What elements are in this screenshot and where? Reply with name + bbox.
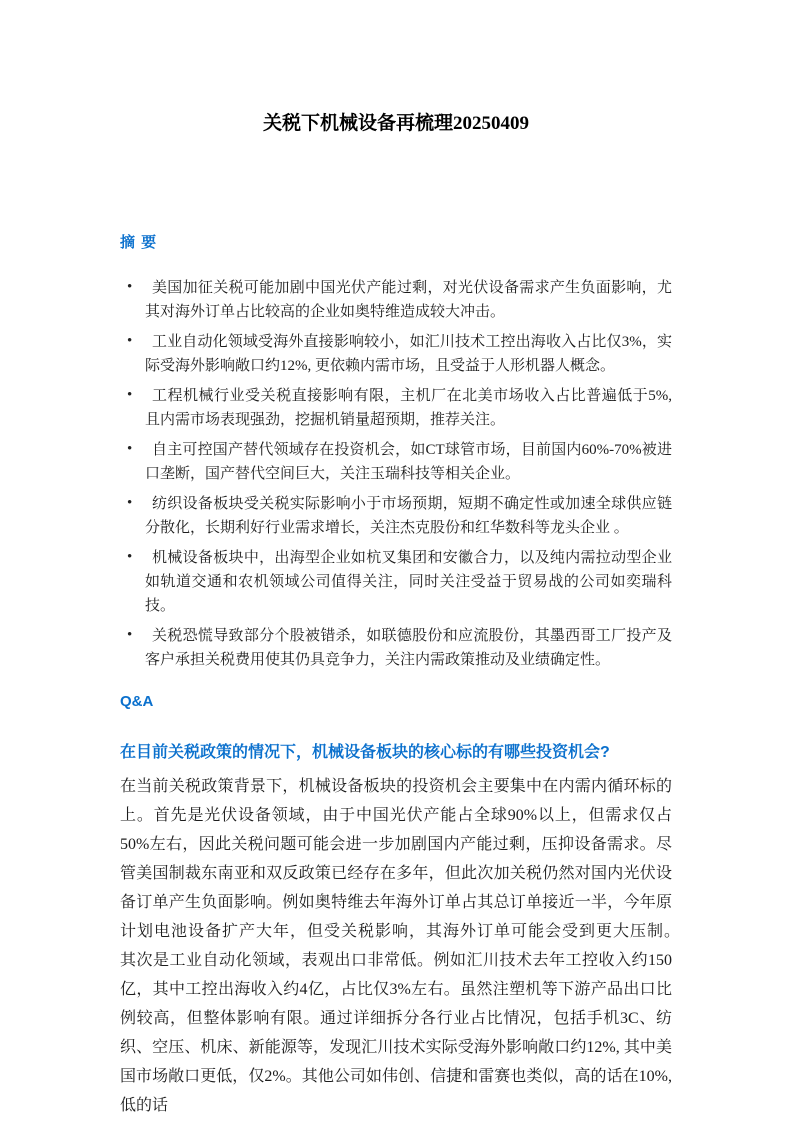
summary-bullet-2: • 工业自动化领域受海外直接影响较小，如汇川技术工控出海收入占比仅3%，实际受海…: [120, 330, 672, 378]
summary-bullet-text: 纺织设备板块受关税实际影响小于市场预期，短期不确定性或加速全球供应链分散化，长期…: [145, 492, 672, 540]
summary-bullet-1: • 美国加征关税可能加剧中国光伏产能过剩，对光伏设备需求产生负面影响，尤其对海外…: [120, 276, 672, 324]
qa-section: Q&A 在目前关税政策的情况下，机械设备板块的核心标的有哪些投资机会? 在当前关…: [120, 692, 672, 1120]
qa-answer: 在当前关税政策背景下，机械设备板块的投资机会主要集中在内需内循环标的上。首先是光…: [120, 772, 672, 1120]
summary-bullet-list: • 美国加征关税可能加剧中国光伏产能过剩，对光伏设备需求产生负面影响，尤其对海外…: [120, 276, 672, 672]
summary-bullet-text: 美国加征关税可能加剧中国光伏产能过剩，对光伏设备需求产生负面影响，尤其对海外订单…: [145, 276, 672, 324]
bullet-icon: •: [127, 329, 132, 353]
summary-bullet-4: • 自主可控国产替代领域存在投资机会，如CT球管市场，目前国内60%-70%被进…: [120, 438, 672, 486]
qa-heading: Q&A: [120, 692, 672, 712]
bullet-icon: •: [127, 383, 132, 407]
summary-bullet-text: 自主可控国产替代领域存在投资机会，如CT球管市场，目前国内60%-70%被进口垄…: [145, 438, 672, 486]
summary-bullet-text: 机械设备板块中，出海型企业如杭叉集团和安徽合力，以及纯内需拉动型企业如轨道交通和…: [145, 546, 672, 618]
summary-bullet-6: • 机械设备板块中，出海型企业如杭叉集团和安徽合力，以及纯内需拉动型企业如轨道交…: [120, 546, 672, 618]
summary-section: 摘 要 • 美国加征关税可能加剧中国光伏产能过剩，对光伏设备需求产生负面影响，尤…: [120, 233, 672, 672]
bullet-icon: •: [127, 275, 132, 299]
bullet-icon: •: [127, 545, 132, 569]
bullet-icon: •: [127, 491, 132, 515]
summary-bullet-5: • 纺织设备板块受关税实际影响小于市场预期，短期不确定性或加速全球供应链分散化，…: [120, 492, 672, 540]
document-title: 关税下机械设备再梳理20250409: [120, 112, 672, 136]
summary-heading: 摘 要: [120, 233, 672, 253]
bullet-icon: •: [127, 437, 132, 461]
summary-bullet-3: • 工程机械行业受关税直接影响有限，主机厂在北美市场收入占比普遍低于5%, 且内…: [120, 384, 672, 432]
document-page: 关税下机械设备再梳理20250409 摘 要 • 美国加征关税可能加剧中国光伏产…: [0, 0, 793, 1122]
summary-bullet-7: • 关税恐慌导致部分个股被错杀，如联德股份和应流股份，其墨西哥工厂投产及客户承担…: [120, 624, 672, 672]
bullet-icon: •: [127, 623, 132, 647]
summary-bullet-text: 关税恐慌导致部分个股被错杀，如联德股份和应流股份，其墨西哥工厂投产及客户承担关税…: [145, 624, 672, 672]
summary-bullet-text: 工程机械行业受关税直接影响有限，主机厂在北美市场收入占比普遍低于5%, 且内需市…: [145, 384, 672, 432]
summary-bullet-text: 工业自动化领域受海外直接影响较小，如汇川技术工控出海收入占比仅3%，实际受海外影…: [145, 330, 672, 378]
qa-question: 在目前关税政策的情况下，机械设备板块的核心标的有哪些投资机会?: [120, 742, 672, 764]
